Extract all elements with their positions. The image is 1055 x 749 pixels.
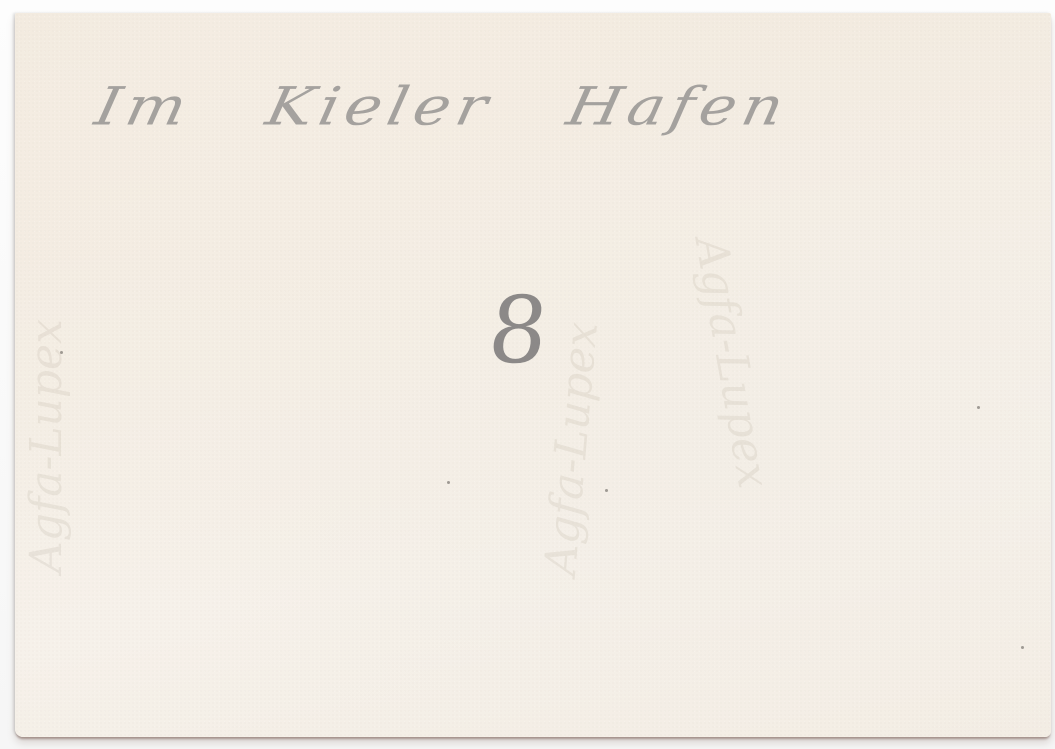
paper-speck: [60, 351, 63, 354]
show-through-mark: Agfa-Lupex: [685, 233, 779, 492]
caption-word: Kieler: [261, 75, 499, 137]
caption-word: Hafen: [562, 75, 796, 137]
show-through-mark: Agfa-Lupex: [21, 319, 72, 573]
paper-speck: [1021, 646, 1024, 649]
photo-back-card: Agfa-Lupex Agfa-Lupex Agfa-Lupex Im Kiel…: [15, 13, 1051, 737]
show-through-mark: Agfa-Lupex: [535, 320, 608, 577]
caption-word: Im: [90, 75, 198, 137]
paper-speck: [977, 406, 980, 409]
paper-speck: [447, 481, 450, 484]
handwritten-caption: Im Kieler Hafen: [90, 75, 846, 137]
paper-speck: [605, 489, 608, 492]
handwritten-number: 8: [484, 285, 552, 377]
